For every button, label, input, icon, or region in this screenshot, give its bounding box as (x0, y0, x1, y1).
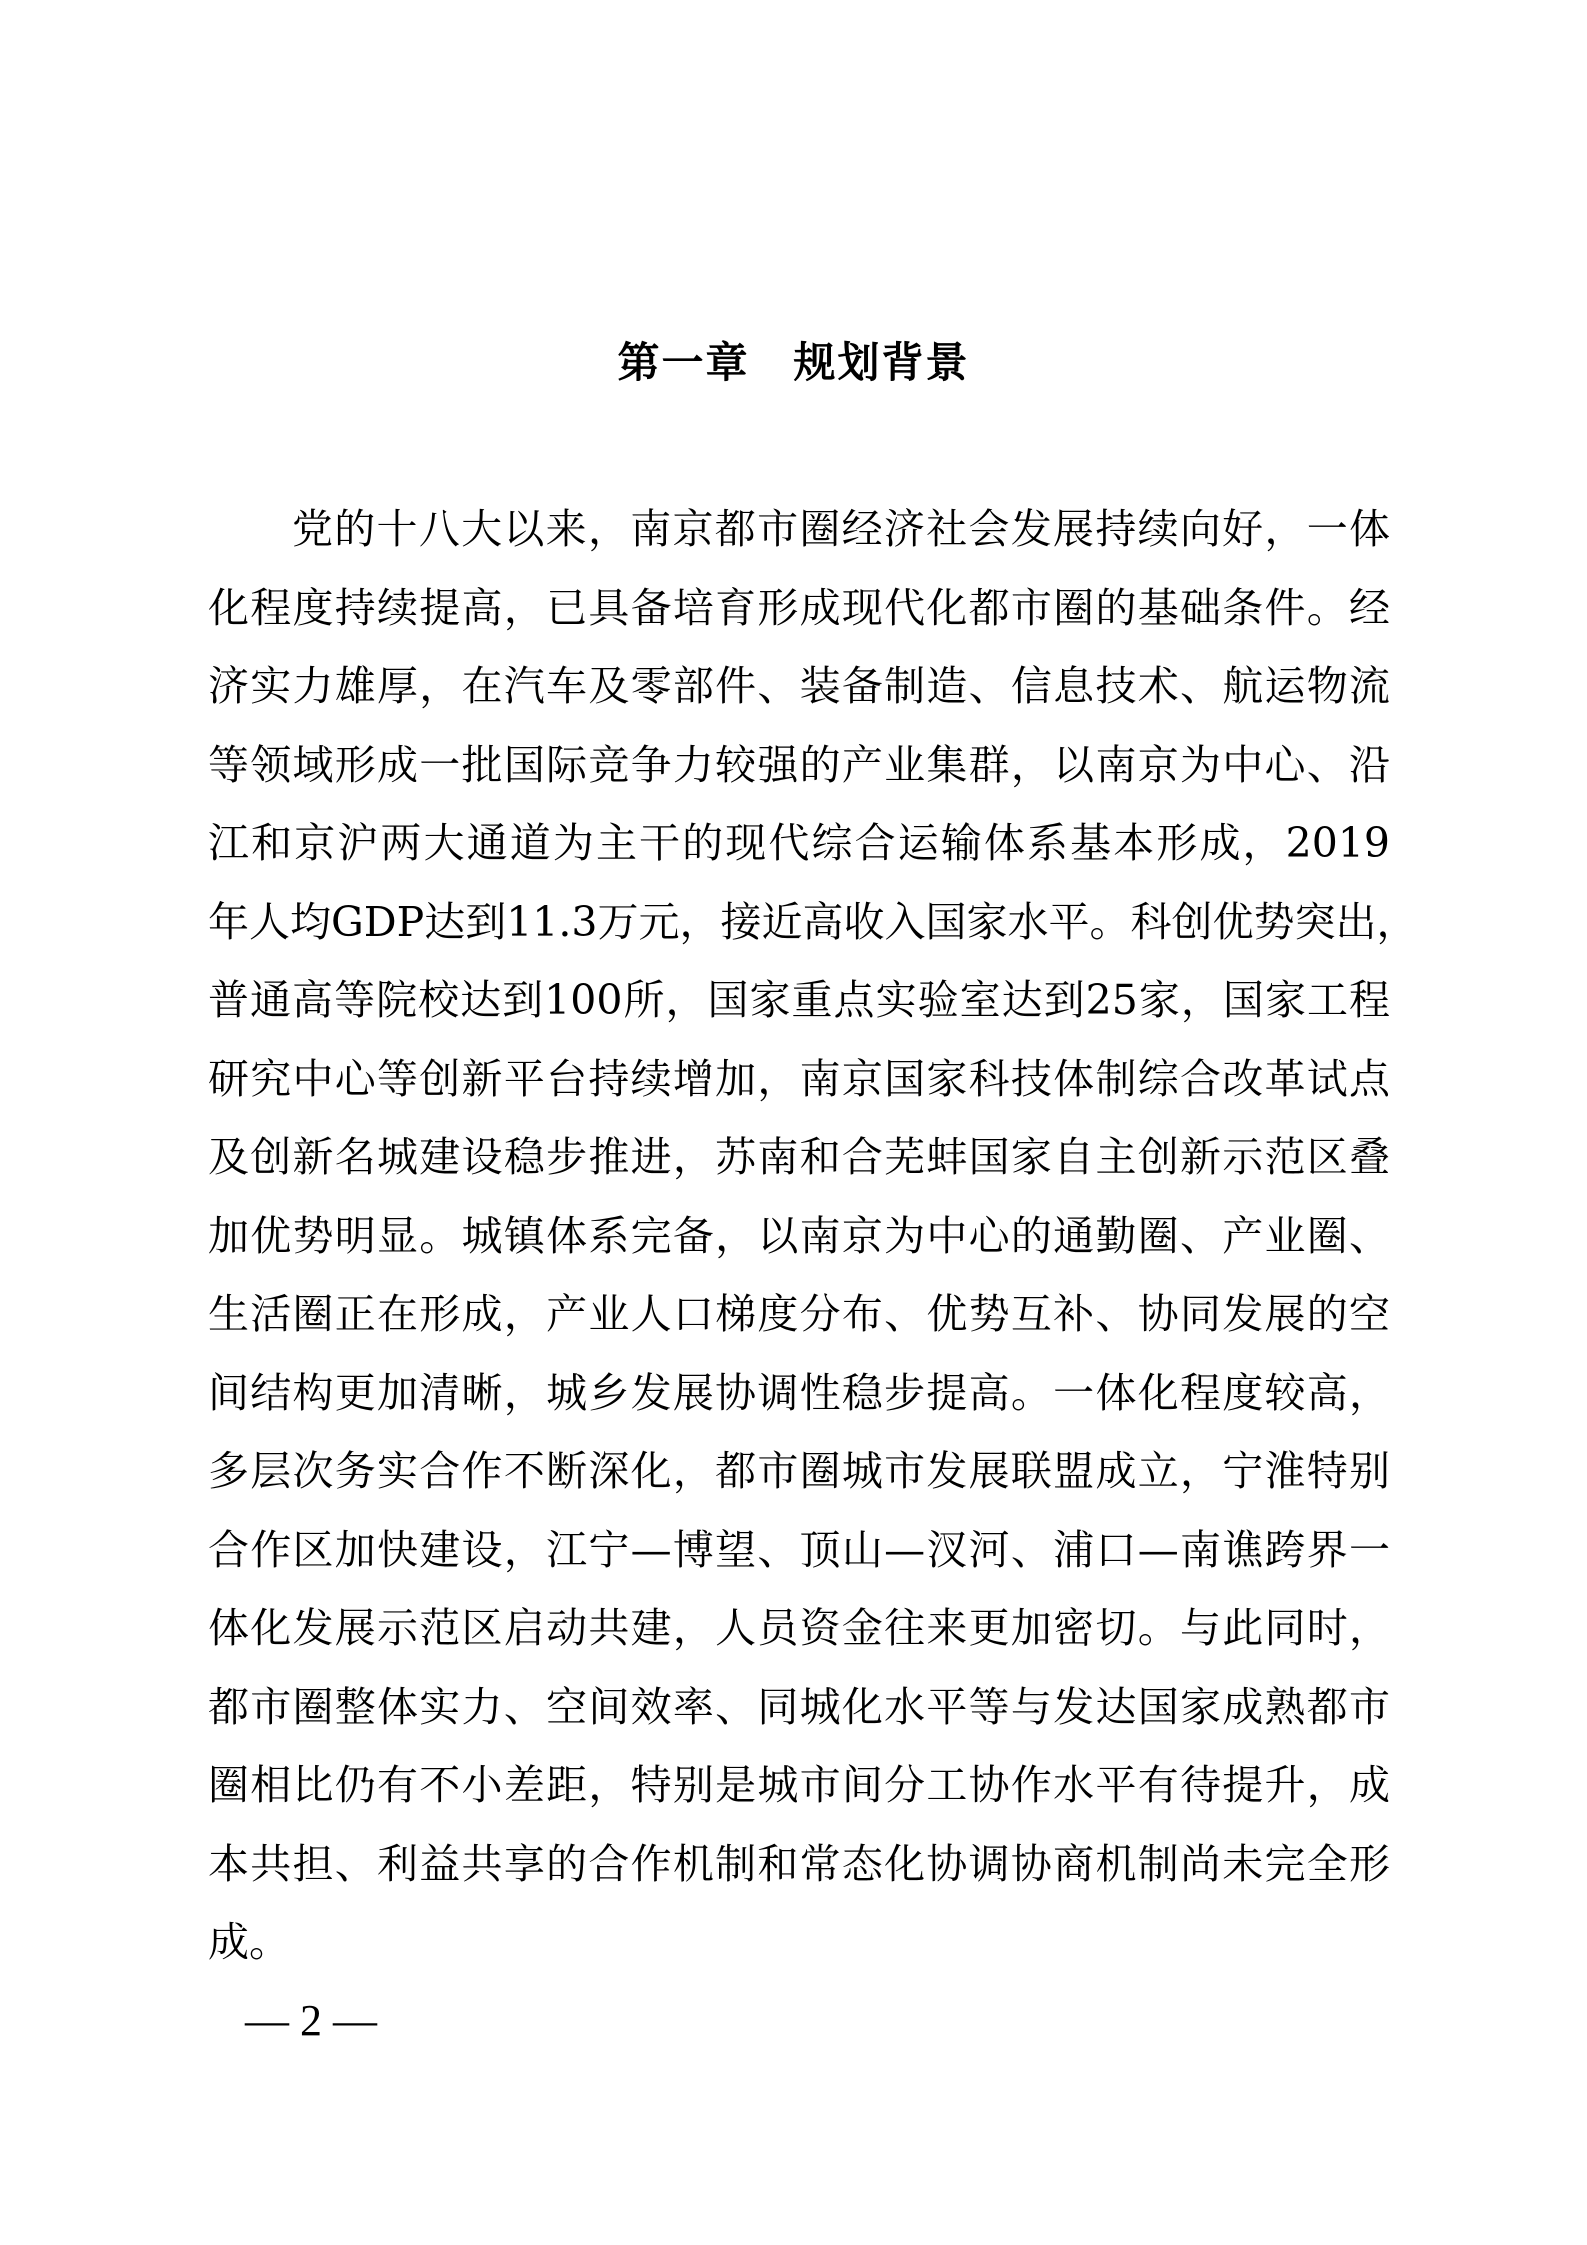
document-page: 第一章 规划背景 党的十八大以来，南京都市圈经济社会发展持续向好，一体 化程度持… (0, 0, 1587, 2245)
paragraph-line: 体化发展示范区启动共建，人员资金往来更加密切。与此同时， (208, 1589, 1390, 1668)
paragraph-line: 研究中心等创新平台持续增加，南京国家科技体制综合改革试点 (208, 1040, 1390, 1119)
paragraph-line: 间结构更加清晰，城乡发展协调性稳步提高。一体化程度较高， (208, 1354, 1390, 1433)
paragraph-line: 成。 (208, 1903, 1390, 1982)
paragraph-line: 江和京沪两大通道为主干的现代综合运输体系基本形成，2019 (208, 804, 1390, 883)
paragraph-line: 生活圈正在形成，产业人口梯度分布、优势互补、协同发展的空 (208, 1275, 1390, 1354)
chapter-title: 第一章 规划背景 (0, 330, 1587, 390)
paragraph-line: 加优势明显。城镇体系完备，以南京为中心的通勤圈、产业圈、 (208, 1197, 1390, 1276)
paragraph-line: 党的十八大以来，南京都市圈经济社会发展持续向好，一体 (208, 490, 1390, 569)
body-paragraph: 党的十八大以来，南京都市圈经济社会发展持续向好，一体 化程度持续提高，已具备培育… (208, 490, 1390, 1982)
paragraph-line: 等领域形成一批国际竞争力较强的产业集群，以南京为中心、沿 (208, 726, 1390, 805)
paragraph-line: 年人均GDP达到11.3万元，接近高收入国家水平。科创优势突出， (208, 883, 1390, 962)
paragraph-line: 多层次务实合作不断深化，都市圈城市发展联盟成立，宁淮特别 (208, 1432, 1390, 1511)
paragraph-line: 济实力雄厚，在汽车及零部件、装备制造、信息技术、航运物流 (208, 647, 1390, 726)
page-number: — 2 — (245, 1995, 377, 2046)
paragraph-line: 及创新名城建设稳步推进，苏南和合芜蚌国家自主创新示范区叠 (208, 1118, 1390, 1197)
paragraph-line: 化程度持续提高，已具备培育形成现代化都市圈的基础条件。经 (208, 569, 1390, 648)
paragraph-line: 都市圈整体实力、空间效率、同城化水平等与发达国家成熟都市 (208, 1668, 1390, 1747)
paragraph-line: 圈相比仍有不小差距，特别是城市间分工协作水平有待提升，成 (208, 1746, 1390, 1825)
paragraph-line: 普通高等院校达到100所，国家重点实验室达到25家，国家工程 (208, 961, 1390, 1040)
paragraph-line: 本共担、利益共享的合作机制和常态化协调协商机制尚未完全形 (208, 1825, 1390, 1904)
paragraph-line: 合作区加快建设，江宁—博望、顶山—汊河、浦口—南谯跨界一 (208, 1511, 1390, 1590)
